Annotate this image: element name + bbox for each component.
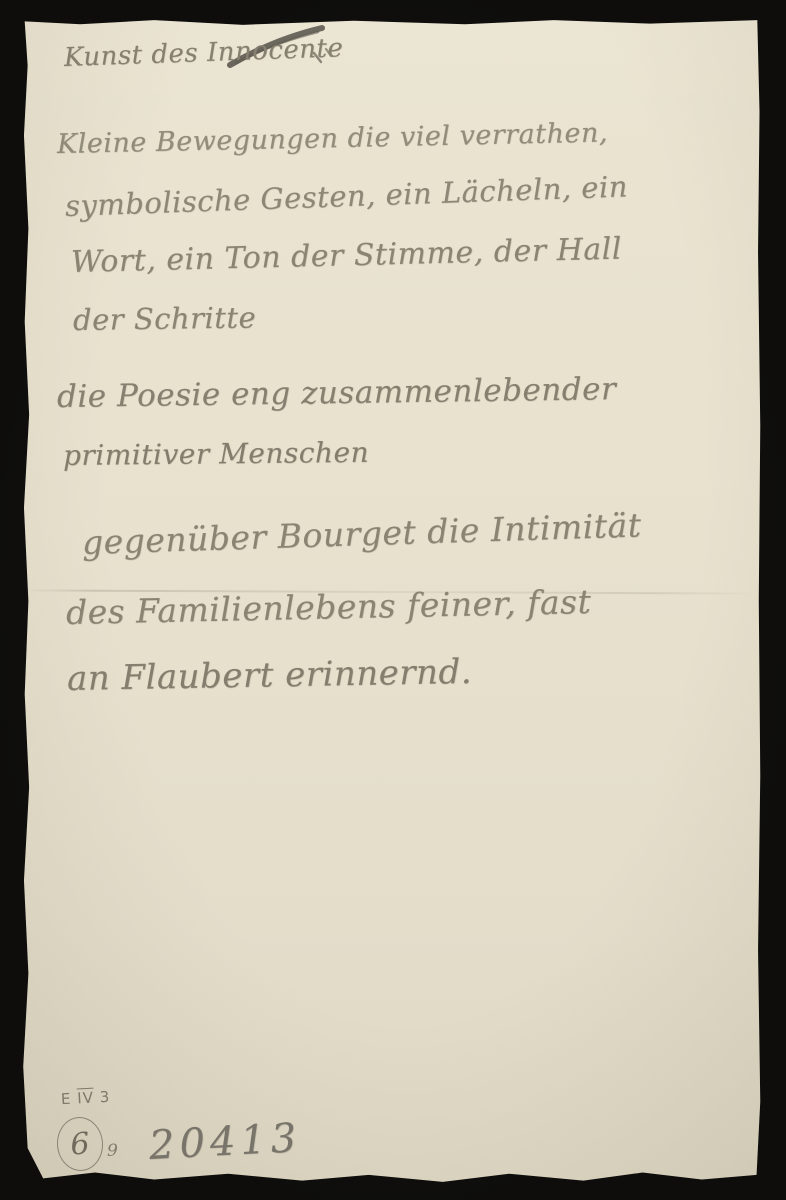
scan-background: Kunst des Innocente Kleine Bewegungen di… xyxy=(0,0,786,1200)
archive-signature: E IV 3 xyxy=(61,1088,111,1109)
archive-signature-roman: IV xyxy=(77,1089,95,1108)
manuscript-line: Wort, ein Ton der Stimme, der Hall xyxy=(71,232,623,280)
manuscript-line: symbolische Gesten, ein Lächeln, ein xyxy=(64,169,628,223)
manuscript-line: primitiver Menschen xyxy=(63,436,369,472)
archive-circled-number: 6 xyxy=(55,1115,105,1172)
archive-signature-letter: E xyxy=(61,1090,72,1109)
manuscript-line: die Poesie eng zusammenlebender xyxy=(57,371,617,415)
archive-circled-number-value: 6 xyxy=(69,1126,90,1162)
manuscript-line: der Schritte xyxy=(73,300,257,337)
manuscript-line: an Flaubert erinnernd. xyxy=(67,652,473,699)
archive-inventory-number: 20413 xyxy=(148,1115,302,1169)
archive-small-number: 9 xyxy=(107,1141,118,1161)
manuscript-line: Kleine Bewegungen die viel verrathen, xyxy=(57,117,609,160)
manuscript-line: gegenüber Bourget die Intimität xyxy=(81,505,642,562)
archive-signature-number: 3 xyxy=(99,1088,110,1107)
manuscript-paper: Kunst des Innocente Kleine Bewegungen di… xyxy=(21,19,761,1183)
